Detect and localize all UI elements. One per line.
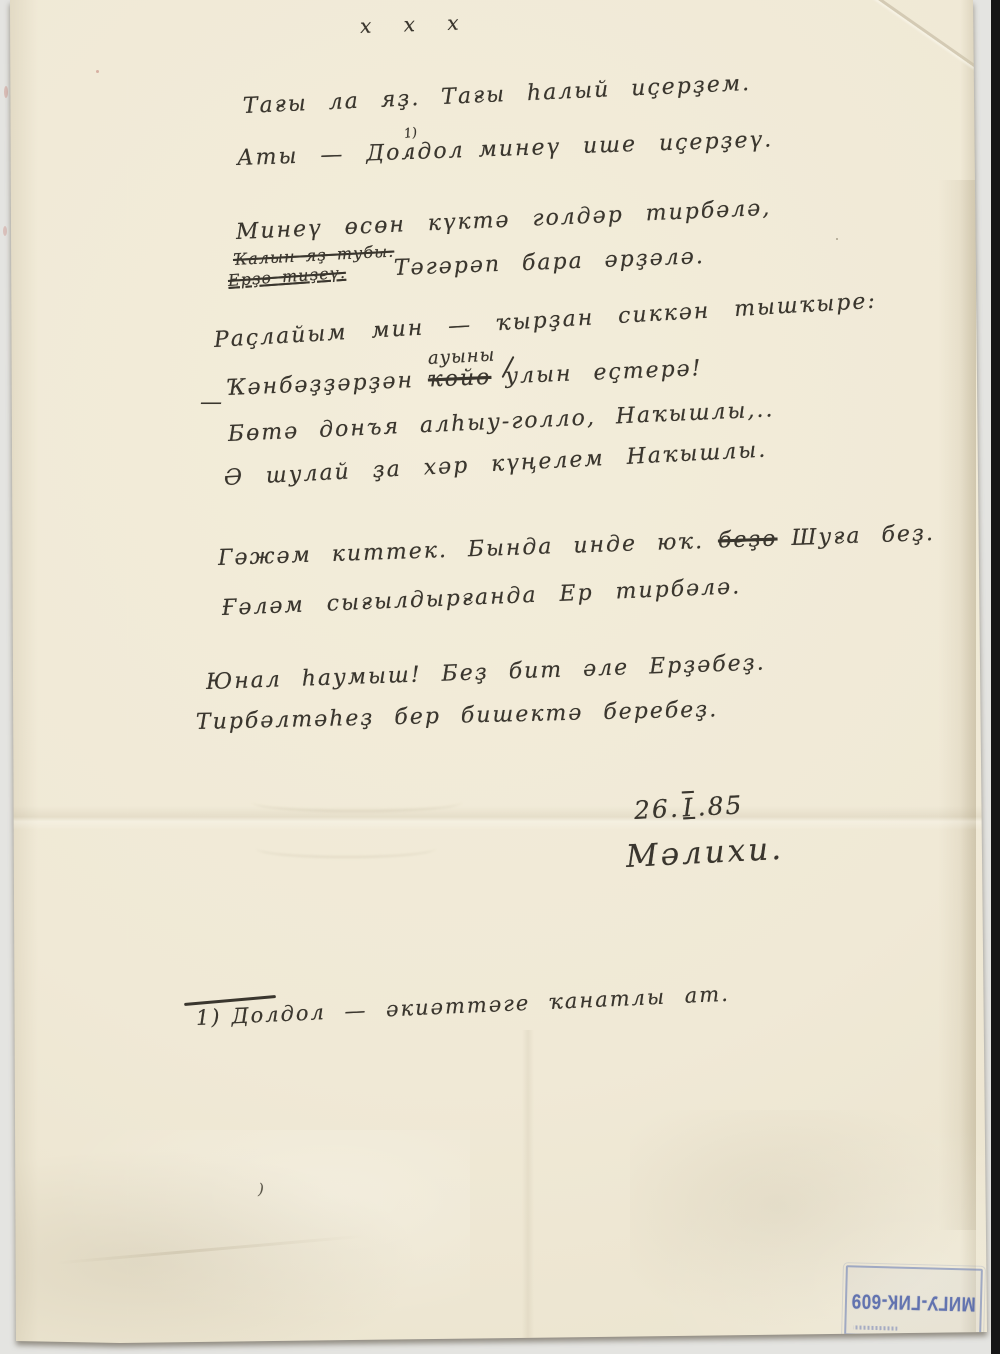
poem-line-part: Гәжәм киттек. Бында инде юҡ. (218, 529, 705, 571)
stray-pen-mark: ) (258, 1182, 266, 1197)
poem-line: Гәжәм киттек. Бында инде юҡ.беҙәШуға беҙ… (218, 523, 936, 570)
footnote: 1)Долдол — әкиәттәге ҡанатлы ат. (196, 984, 731, 1029)
poem-line: Бөтә донъя алһыу-голло, Наҡышлы,.. (228, 399, 775, 446)
paper-speck (96, 70, 99, 73)
poem-line: Раҫлайым мин — ҡырҙан сиккән тышҡыре: (213, 291, 877, 352)
manuscript-date: 26.I.85 (633, 792, 744, 823)
poem-line-part: минеү ише иҫерҙеү. (478, 127, 773, 162)
paper-shading-right-edge (960, 0, 976, 1340)
poem-line: Тирбәлтәһеҙ бер бишектә беребеҙ. (196, 699, 719, 734)
archive-stamp-number: МИГУ-ГИК-609 (846, 1261, 981, 1344)
poem-line-part: Шуға беҙ. (791, 521, 935, 551)
archive-stamp: МИГУ-ГИК-609 (844, 1265, 983, 1339)
paper-crease-vertical (522, 1030, 534, 1340)
poem-line: Аты — Долдолминеү ише иҫерҙеү. (237, 129, 774, 170)
scanned-paper: х х х Тағы ла яҙ. Тағы һалый иҫерҙем. Ат… (0, 0, 1000, 1354)
footnote-reference-mark: 1) (403, 126, 418, 141)
erased-ghost-writing (252, 792, 462, 812)
inserted-word-above-line: ауыны (428, 346, 496, 368)
poem-line: Тәгәрәп бара әрҙәлә. (394, 246, 706, 280)
footnote-text: Долдол — әкиәттәге ҡанатлы ат. (231, 982, 730, 1029)
date-day: 26. (633, 794, 680, 825)
date-month-roman: I (682, 793, 695, 823)
poem-line-part: Аты — Долдол (237, 138, 465, 171)
paper-speck (836, 238, 838, 240)
paper-fold-middle (0, 806, 1000, 830)
date-year: .85 (697, 790, 744, 821)
paper-sheet: х х х Тағы ла яҙ. Тағы һалый иҫерҙем. Ат… (0, 0, 1000, 1354)
crossed-out-text: Ерҙә тиҙеү. (227, 265, 346, 289)
paper-crumple-bottom-left (0, 1130, 470, 1350)
erased-ghost-writing (256, 838, 436, 858)
poem-line: Ғәләм сығылдырғанда Ер тирбәлә. (222, 576, 742, 620)
paper-shading-right (938, 180, 976, 1230)
poem-line: Тағы ла яҙ. Тағы һалый иҫерҙем. (243, 73, 752, 118)
crossed-out-word: ҡойо (427, 365, 491, 393)
author-signature: Мәлихи. (625, 834, 784, 873)
margin-dash: — (200, 392, 222, 414)
section-divider-mark: х х х (360, 12, 472, 36)
paper-crease-bottom (56, 1234, 365, 1264)
paper-crease-top-right (822, 0, 1000, 96)
crossed-out-word: беҙә (718, 526, 778, 553)
footnote-marker: 1) (195, 1005, 222, 1030)
poem-line: Ә шулай ҙа хәр күңелем Наҡышлы. (223, 440, 767, 490)
poem-line: Минеү өсөн күктә голдәр тирбәлә, (236, 198, 772, 244)
poem-line-part: улын еҫтерә! (505, 356, 703, 389)
poem-line: Юнал һаумыш! Беҙ бит әле Ерҙәбеҙ. (206, 652, 766, 694)
scan-edge-black-strip (991, 0, 1000, 1354)
paper-shading-left (10, 0, 38, 1354)
poem-line-part: Ҡәнбәҙҙәрҙән (225, 368, 414, 401)
